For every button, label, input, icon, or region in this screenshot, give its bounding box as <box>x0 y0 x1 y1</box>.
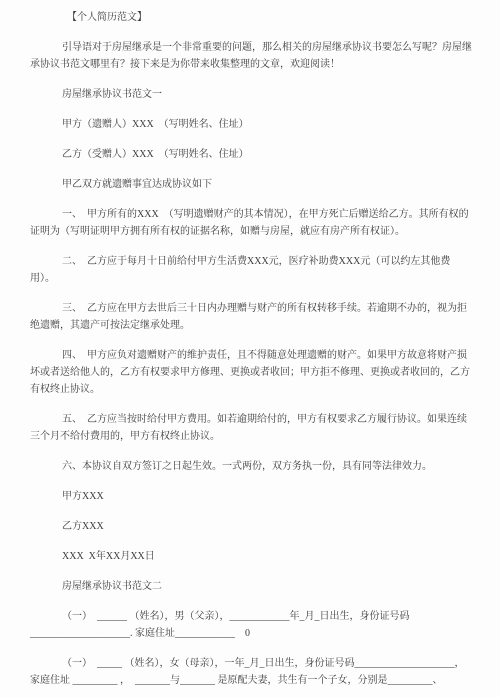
section-heading-sample-two: 房屋继承协议书范文二 <box>30 578 474 595</box>
signature-party-b: 乙方XXX <box>30 518 474 535</box>
heir-info-mother: （一） _____ （姓名），女（母亲），一年_月_日出生，身份证号码_____… <box>30 655 474 689</box>
section-heading-sample-one: 房屋继承协议书范文一 <box>30 86 474 103</box>
heir-info-father: （一） ______ （姓名），男（父亲），____________年_月_日出… <box>30 608 474 642</box>
party-a-line: 甲方（遗赠人）XXX （写明姓名、住址） <box>30 116 474 133</box>
signature-date: XXX X年XX月XX日 <box>30 548 474 565</box>
intro-paragraph: 引导语对于房屋继承是一个非常重要的问题，那么相关的房屋继承协议书要怎么写呢？房屋… <box>30 39 474 73</box>
agreement-lead-line: 甲乙双方就遗赠事宜达成协议如下 <box>30 176 474 193</box>
clause-4: 四、 甲方应负对遗赠财产的维护责任，且不得随意处理遗赠的财产。如果甲方故意将财产… <box>30 347 474 398</box>
signature-party-a: 甲方XXX <box>30 488 474 505</box>
clause-3: 三、 乙方应在甲方去世后三十日内办理赠与财产的所有权转移手续。若逾期不办的，视为… <box>30 300 474 334</box>
document-page: 【个人简历范文】 引导语对于房屋继承是一个非常重要的问题，那么相关的房屋继承协议… <box>0 0 500 697</box>
clause-1: 一、 甲方所有的XXX （写明遗赠财产的其本情况），在甲方死亡后赠送给乙方。其所… <box>30 206 474 240</box>
clause-6: 六、本协议自双方签订之日起生效。一式两份，双方务执一份，具有同等法律效力。 <box>30 458 474 475</box>
clause-2: 二、 乙方应于每月十日前给付甲方生活费XXX元，医疗补助费XXX元（可以约左其他… <box>30 253 474 287</box>
document-title: 【个人简历范文】 <box>30 9 474 26</box>
party-b-line: 乙方（受赠人）XXX （写明姓名、住址） <box>30 146 474 163</box>
clause-5: 五、 乙方应当按时给付甲方费用。如若逾期给付的，甲方有权要求乙方履行协议。如果连… <box>30 411 474 445</box>
